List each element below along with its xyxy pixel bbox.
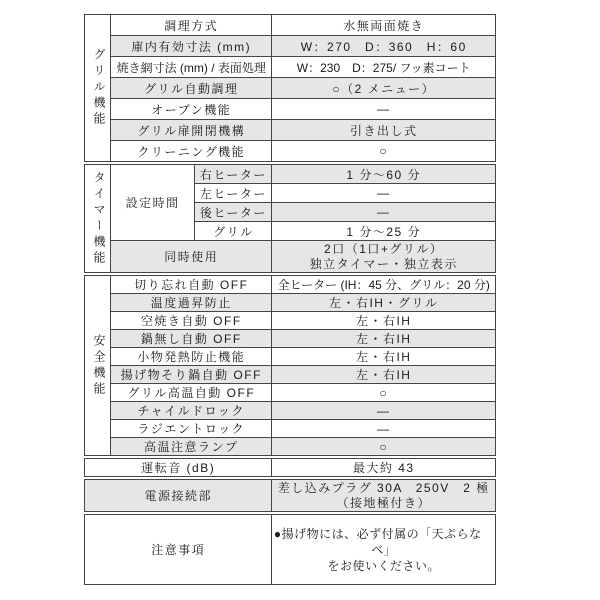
table-row: グリル自動調理 ○（2 メニュー） (85, 78, 496, 99)
row-value: 1 分～25 分 (272, 222, 496, 241)
row-label: グリル高温自動 OFF (111, 384, 272, 402)
table-row: 運転音 (dB) 最大約 43 (85, 459, 496, 477)
table-row: 注意事項 ●揚げ物には、必ず付属の「天ぷらなべ」 をお使いください。 (85, 515, 496, 585)
row-value: 左・右IH (272, 348, 496, 366)
row-label: 空焼き自動 OFF (111, 312, 272, 330)
table-row: オーブン機能 ― (85, 99, 496, 120)
table-row: 安全機能 切り忘れ自動 OFF 全ヒーター (IH：45 分、グリル：20 分) (85, 276, 496, 294)
group-label-text: グリル機能 (87, 48, 111, 128)
row-value: ― (272, 184, 496, 203)
table-row: 温度過昇防止 左・右IH・グリル (85, 294, 496, 312)
table-row: 同時使用 2口（1口+グリル） 独立タイマー・独立表示 (85, 241, 496, 273)
row-label: ラジエントロック (111, 420, 272, 438)
row-value: 最大約 43 (272, 459, 496, 477)
table-row: タイマー機能 設定時間 右ヒーター 1 分～60 分 (85, 165, 496, 184)
table-row: ラジエントロック ― (85, 420, 496, 438)
row-label: オーブン機能 (111, 99, 272, 120)
group-label-safety: 安全機能 (85, 276, 111, 456)
row-label: 揚げ物そり鍋自動 OFF (111, 366, 272, 384)
row-value: ― (272, 420, 496, 438)
table-row: 空焼き自動 OFF 左・右IH (85, 312, 496, 330)
row-value: 2口（1口+グリル） 独立タイマー・独立表示 (272, 241, 496, 273)
section-safety: 安全機能 切り忘れ自動 OFF 全ヒーター (IH：45 分、グリル：20 分)… (84, 275, 496, 456)
row-value: 左・右IH (272, 312, 496, 330)
row-label: 調理方式 (111, 15, 272, 36)
table-row: グリル機能 調理方式 水無両面焼き (85, 15, 496, 36)
row-value: 水無両面焼き (272, 15, 496, 36)
table-row: 小物発熱防止機能 左・右IH (85, 348, 496, 366)
group-label-timer: タイマー機能 (85, 165, 111, 273)
row-label: グリル自動調理 (111, 78, 272, 99)
row-value: ○ (272, 384, 496, 402)
row-label: グリル扉開閉機構 (111, 120, 272, 141)
table-row: 揚げ物そり鍋自動 OFF 左・右IH (85, 366, 496, 384)
row-value: ○ (272, 141, 496, 162)
row-label: クリーニング機能 (111, 141, 272, 162)
row-label: 運転音 (dB) (85, 459, 272, 477)
row-value: 1 分～60 分 (272, 165, 496, 184)
table-row: 電源接続部 差し込みプラグ 30A 250V 2 極 （接地極付き） (85, 480, 496, 512)
row-label: 右ヒーター (195, 165, 272, 184)
row-label: 後ヒーター (195, 203, 272, 222)
table-row: 焼き網寸法 (mm) / 表面処理 W：230 D：275/ フッ素コート (85, 57, 496, 78)
row-label: グリル (195, 222, 272, 241)
row-label: 庫内有効寸法 (mm) (111, 36, 272, 57)
row-value: ○ (272, 438, 496, 456)
row-value: ― (272, 99, 496, 120)
table-row: グリル扉開閉機構 引き出し式 (85, 120, 496, 141)
row-label: 高温注意ランプ (111, 438, 272, 456)
row-value: 左・右IH・グリル (272, 294, 496, 312)
group-label-text: 安全機能 (87, 334, 111, 398)
group-label-text: タイマー機能 (87, 171, 111, 267)
row-value: W：270 D：360 H：60 (272, 36, 496, 57)
row-value: ●揚げ物には、必ず付属の「天ぷらなべ」 をお使いください。 (272, 515, 496, 585)
section-noise: 運転音 (dB) 最大約 43 (84, 458, 496, 477)
row-label: 焼き網寸法 (mm) / 表面処理 (111, 57, 272, 78)
table-row: クリーニング機能 ○ (85, 141, 496, 162)
row-label: 注意事項 (85, 515, 272, 585)
row-value: 引き出し式 (272, 120, 496, 141)
section-grill: グリル機能 調理方式 水無両面焼き 庫内有効寸法 (mm) W：270 D：36… (84, 14, 496, 162)
row-label: 鍋無し自動 OFF (111, 330, 272, 348)
table-row: 高温注意ランプ ○ (85, 438, 496, 456)
table-row: グリル高温自動 OFF ○ (85, 384, 496, 402)
table-row: 鍋無し自動 OFF 左・右IH (85, 330, 496, 348)
row-value: 差し込みプラグ 30A 250V 2 極 （接地極付き） (272, 480, 496, 512)
table-row: チャイルドロック ― (85, 402, 496, 420)
row-value: ― (272, 402, 496, 420)
set-time-label: 設定時間 (111, 165, 195, 241)
row-value: 左・右IH (272, 330, 496, 348)
row-value: W：230 D：275/ フッ素コート (272, 57, 496, 78)
row-label: 温度過昇防止 (111, 294, 272, 312)
row-label: 左ヒーター (195, 184, 272, 203)
section-power: 電源接続部 差し込みプラグ 30A 250V 2 極 （接地極付き） (84, 479, 496, 512)
row-label: 切り忘れ自動 OFF (111, 276, 272, 294)
row-value: ○（2 メニュー） (272, 78, 496, 99)
row-label: チャイルドロック (111, 402, 272, 420)
row-value: 左・右IH (272, 366, 496, 384)
section-notes: 注意事項 ●揚げ物には、必ず付属の「天ぷらなべ」 をお使いください。 (84, 514, 496, 585)
spec-table: グリル機能 調理方式 水無両面焼き 庫内有効寸法 (mm) W：270 D：36… (84, 14, 496, 587)
row-value: 全ヒーター (IH：45 分、グリル：20 分) (272, 276, 496, 294)
row-label: 同時使用 (111, 241, 272, 273)
row-value: ― (272, 203, 496, 222)
table-row: 庫内有効寸法 (mm) W：270 D：360 H：60 (85, 36, 496, 57)
group-label-grill: グリル機能 (85, 15, 111, 162)
row-label: 電源接続部 (85, 480, 272, 512)
row-label: 小物発熱防止機能 (111, 348, 272, 366)
section-timer: タイマー機能 設定時間 右ヒーター 1 分～60 分 左ヒーター ― 後ヒーター… (84, 164, 496, 273)
